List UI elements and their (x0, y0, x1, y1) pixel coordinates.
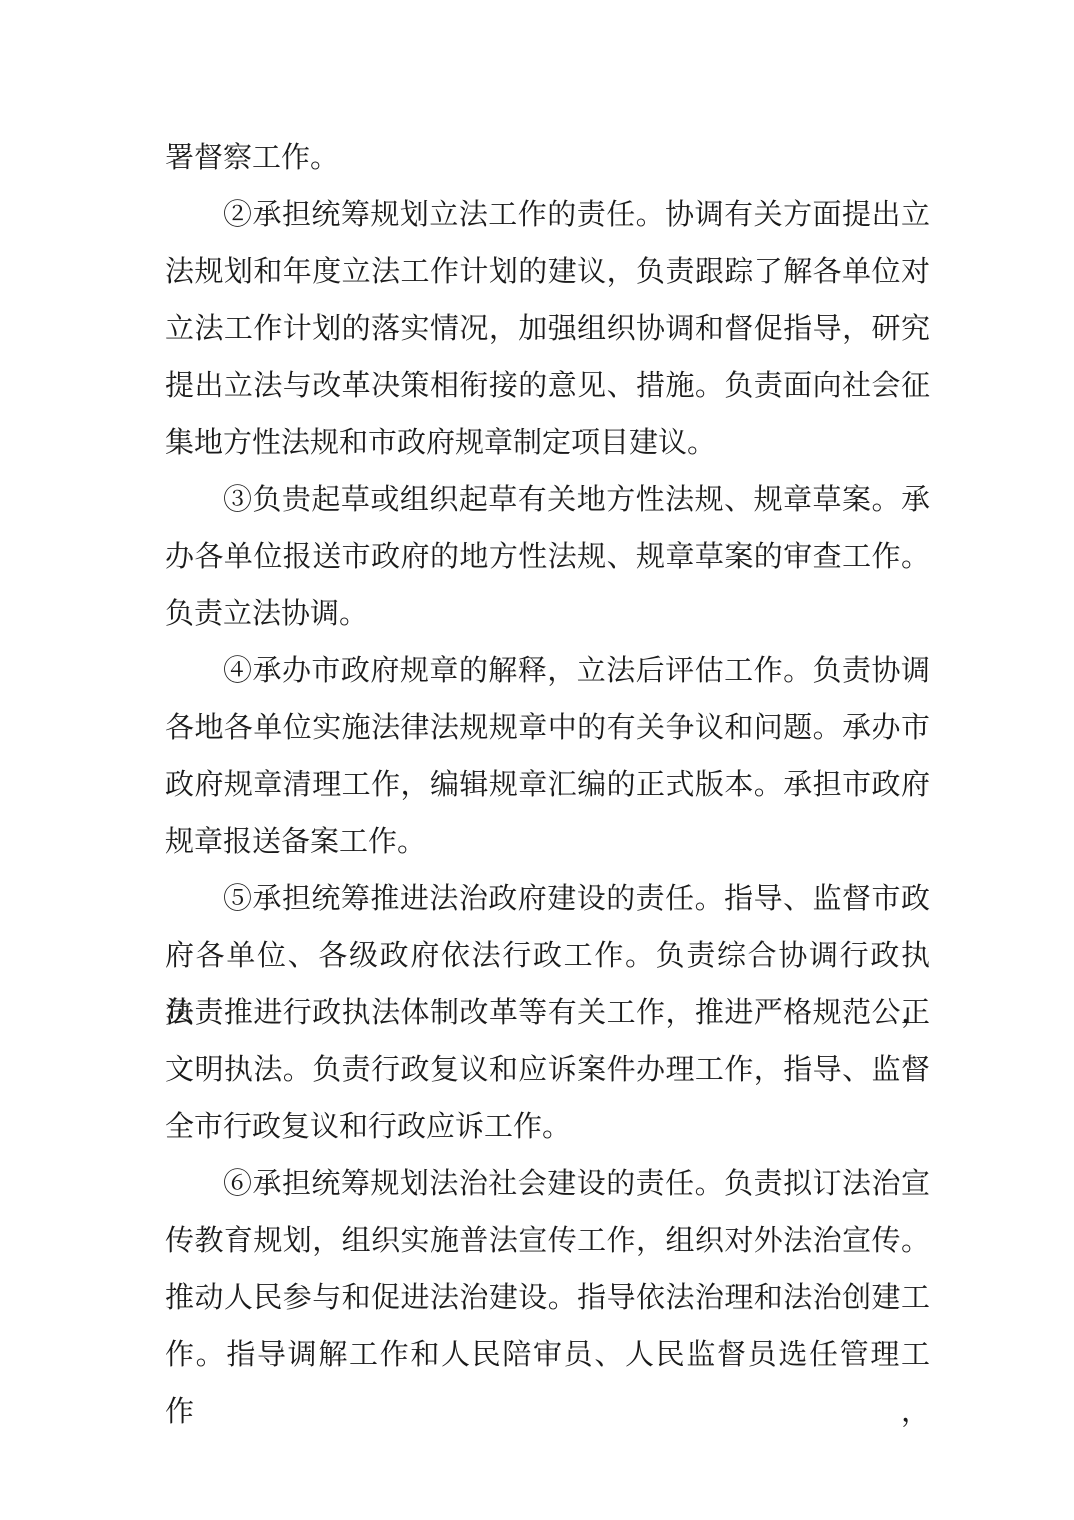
text-line: 规章报送备案工作。 (165, 813, 930, 870)
text-line: 办各单位报送市政府的地方性法规、规章草案的审查工作。 (165, 528, 930, 585)
paragraph-item-3: ③负贵起草或组织起草有关地方性法规、规章草案。承 办各单位报送市政府的地方性法规… (165, 471, 930, 642)
text-line: 全市行政复议和行政应诉工作。 (165, 1098, 930, 1155)
text-line: 传教育规划，组织实施普法宣传工作，组织对外法治宣传。 (165, 1212, 930, 1269)
text-line: ③负贵起草或组织起草有关地方性法规、规章草案。承 (165, 471, 930, 528)
paragraph-item-2: ②承担统筹规划立法工作的责任。协调有关方面提出立 法规划和年度立法工作计划的建议… (165, 186, 930, 471)
text-line: 署督察工作。 (165, 129, 930, 186)
paragraph-item-6: ⑥承担统筹规划法治社会建设的责任。负责拟订法治宣 传教育规划，组织实施普法宣传工… (165, 1155, 930, 1383)
paragraph-continuation: 署督察工作。 (165, 129, 930, 186)
text-line: 提出立法与改革决策相衔接的意见、措施。负责面向社会征 (165, 357, 930, 414)
text-line: ⑥承担统筹规划法治社会建设的责任。负责拟订法治宣 (165, 1155, 930, 1212)
text-line: 各地各单位实施法律法规规章中的有关争议和问题。承办市 (165, 699, 930, 756)
text-line: 负责立法协调。 (165, 585, 930, 642)
document-page: 署督察工作。 ②承担统筹规划立法工作的责任。协调有关方面提出立 法规划和年度立法… (0, 0, 1074, 1520)
text-line: 推动人民参与和促进法治建设。指导依法治理和法治创建工 (165, 1269, 930, 1326)
text-line: 政府规章清理工作，编辑规章汇编的正式版本。承担市政府 (165, 756, 930, 813)
text-line: ④承办市政府规章的解释，立法后评估工作。负责协调 (165, 642, 930, 699)
text-line: 文明执法。负责行政复议和应诉案件办理工作，指导、监督 (165, 1041, 930, 1098)
text-line: ②承担统筹规划立法工作的责任。协调有关方面提出立 (165, 186, 930, 243)
text-line: 负责推进行政执法体制改革等有关工作，推进严格规范公正 (165, 984, 930, 1041)
paragraph-item-4: ④承办市政府规章的解释，立法后评估工作。负责协调 各地各单位实施法律法规规章中的… (165, 642, 930, 870)
document-text-block: 署督察工作。 ②承担统筹规划立法工作的责任。协调有关方面提出立 法规划和年度立法… (165, 129, 930, 1383)
paragraph-item-5: ⑤承担统筹推进法治政府建设的责任。指导、监督市政 府各单位、各级政府依法行政工作… (165, 870, 930, 1155)
text-line: 立法工作计划的落实情况，加强组织协调和督促指导，研究 (165, 300, 930, 357)
text-line: ⑤承担统筹推进法治政府建设的责任。指导、监督市政 (165, 870, 930, 927)
text-line: 法规划和年度立法工作计划的建议，负责跟踪了解各单位对 (165, 243, 930, 300)
text-line: 府各单位、各级政府依法行政工作。负责综合协调行政执法， (165, 927, 930, 984)
text-line: 作。指导调解工作和人民陪审员、人民监督员选任管理工作， (165, 1326, 930, 1383)
text-line: 集地方性法规和市政府规章制定项目建议。 (165, 414, 930, 471)
